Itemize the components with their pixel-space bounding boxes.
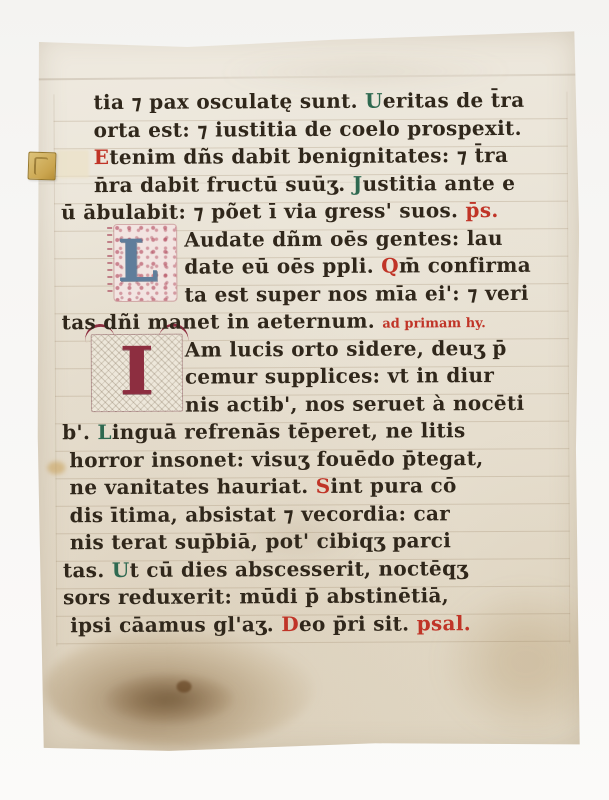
text-run: tas dñi manet in aeternum. xyxy=(62,309,383,335)
text-line: sors reduxerit: mūdi p̄ abstinētiā, xyxy=(62,582,570,612)
text-line: ū ābulabit: ⁊ põet ī via gress' suos. p̄… xyxy=(60,197,568,227)
text-run: Audate dñm oēs gentes: lau xyxy=(184,225,503,251)
manuscript-leaf: L I tia ⁊ pax osculatę sunt. Ueritas de … xyxy=(35,31,582,755)
text-line: orta est: ⁊ iustitia de coelo prospexit. xyxy=(60,114,568,144)
text-run: cemur supplices: vt in diur xyxy=(185,363,494,389)
text-line: ta est super nos mīa ei': ⁊ veri xyxy=(60,279,568,309)
text-run: tas. xyxy=(63,558,112,582)
text-line: nis terat sup̄biā, pot' cibiqʒ parci xyxy=(62,527,570,557)
stain xyxy=(177,681,192,693)
text-line: cemur supplices: vt in diur xyxy=(61,362,569,392)
colored-capital: E xyxy=(94,145,110,169)
text-line: tas dñi manet in aeternum. ad primam hy. xyxy=(61,307,569,337)
stain xyxy=(104,672,234,725)
colored-capital: U xyxy=(365,89,383,113)
text-line: ipsi cāamus gl'aʒ. Deo p̄ri sit. psal. xyxy=(62,609,570,639)
text-line: dis ītima, absistat ⁊ vecordia: car xyxy=(62,499,570,529)
colored-capital: L xyxy=(97,420,112,444)
text-line: horror insonet: visuʒ fouēdo p̄tegat, xyxy=(61,444,569,474)
text-run: sors reduxerit: mūdi p̄ abstinētiā, xyxy=(63,583,449,609)
text-run: Am lucis orto sidere, deuʒ p̄ xyxy=(185,335,507,361)
fold-crease xyxy=(37,74,575,81)
text-line: Audate dñm oēs gentes: lau xyxy=(60,224,568,254)
tab-shadow xyxy=(57,150,89,178)
text-run: m̄ confirma xyxy=(399,253,531,278)
text-run: nis actib', nos seruet à nocēti xyxy=(185,390,524,416)
rubric-note: ad primam hy. xyxy=(382,316,485,332)
text-run: dis ītima, absistat ⁊ vecordia: car xyxy=(70,501,451,527)
photo-backdrop: L I tia ⁊ pax osculatę sunt. Ueritas de … xyxy=(0,0,609,800)
text-run: eo p̄ri sit. xyxy=(299,611,417,636)
text-run: date eū oēs ppli. xyxy=(184,254,381,279)
colored-capital: J xyxy=(353,171,363,195)
text-run: ta est super nos mīa ei': ⁊ veri xyxy=(184,280,528,306)
text-line: n̄ra dabit fructū suūʒ. Justitia ante e xyxy=(60,169,568,199)
text-line: tas. Ut cū dies abscesserit, noctēqʒ xyxy=(62,554,570,584)
text-line: Etenim dñs dabit benignitates: ⁊ t̄ra xyxy=(60,142,568,172)
text-line: nis actib', nos seruet à nocēti xyxy=(61,389,569,419)
colored-capital: S xyxy=(316,474,331,498)
colored-capital: p̄s. xyxy=(465,198,498,222)
text-run: t cū dies abscesserit, noctēqʒ xyxy=(130,556,469,582)
text-run: nis terat sup̄biā, pot' cibiqʒ parci xyxy=(70,528,451,554)
text-run: eritas de t̄ra xyxy=(383,88,525,113)
text-line: b'. Linguā refrenās tēperet, ne litis xyxy=(61,417,569,447)
text-run: b'. xyxy=(62,420,97,444)
text-line: Am lucis orto sidere, deuʒ p̄ xyxy=(61,334,569,364)
text-line: date eū oēs ppli. Qm̄ confirma xyxy=(60,252,568,282)
text-run: ne vanitates hauriat. xyxy=(69,474,315,499)
text-run: tenim dñs dabit benignitates: ⁊ t̄ra xyxy=(109,143,508,169)
text-line: ne vanitates hauriat. Sint pura cō xyxy=(61,472,569,502)
colored-capital: U xyxy=(112,557,130,581)
text-run: horror insonet: visuʒ fouēdo p̄tegat, xyxy=(69,446,483,472)
index-tab xyxy=(28,152,57,181)
colored-capital: Q xyxy=(381,254,399,278)
text-run: inguā refrenās tēperet, ne litis xyxy=(112,418,466,444)
text-run: ū ābulabit: ⁊ põet ī via gress' suos. xyxy=(61,198,466,224)
text-block: tia ⁊ pax osculatę sunt. Ueritas de t̄ra… xyxy=(59,87,570,640)
text-run: ustitia ante e xyxy=(362,170,515,195)
colored-capital: psal. xyxy=(417,611,471,635)
text-run: orta est: ⁊ iustitia de coelo prospexit. xyxy=(94,115,522,141)
text-line: tia ⁊ pax osculatę sunt. Ueritas de t̄ra xyxy=(59,87,567,117)
text-run: tia ⁊ pax osculatę sunt. xyxy=(93,89,365,114)
text-run: ipsi cāamus gl'aʒ. xyxy=(70,612,281,637)
text-run: n̄ra dabit fructū suūʒ. xyxy=(94,171,353,196)
colored-capital: D xyxy=(281,612,299,636)
text-run: int pura cō xyxy=(330,473,456,498)
